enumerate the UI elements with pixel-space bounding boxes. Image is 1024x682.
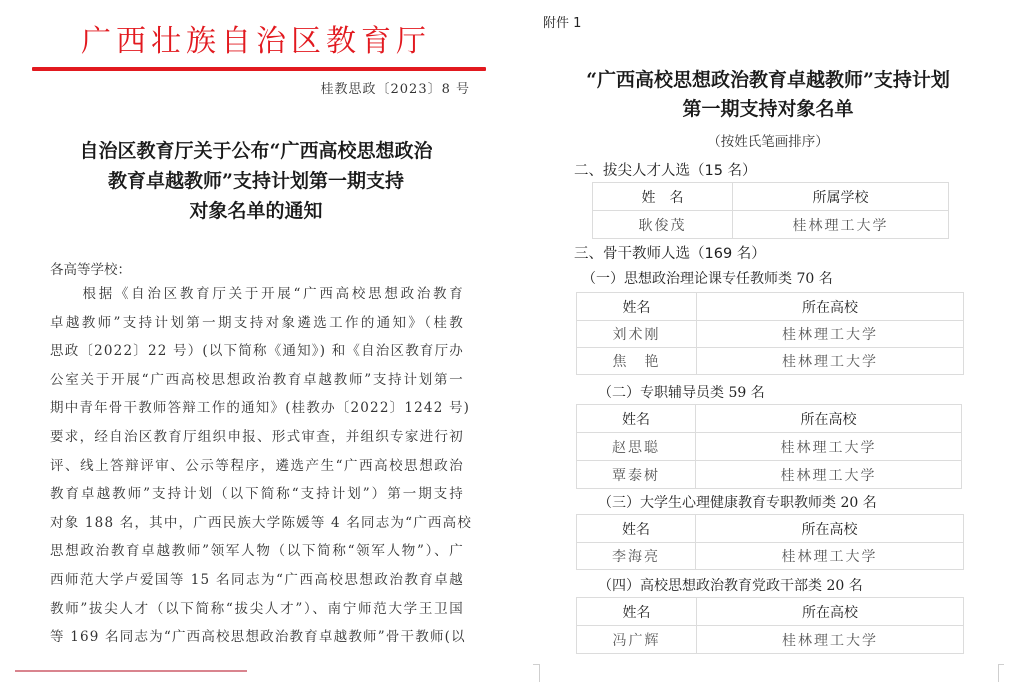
counselors-table: 姓名 所在高校 赵思聪 桂林理工大学 覃泰树 桂林理工大学 [576,404,962,489]
body-line: 对象 188 名，其中，广西民族大学陈媛等 4 名同志为“广西高校 [50,509,464,538]
notice-page: 广西壮族自治区教育厅 桂教思政〔2023〕8 号 自治区教育厅关于公布“广西高校… [0,0,512,682]
body-line: 思政〔2022〕22 号）(以下简称《通知》) 和《自治区教育厅办 [50,337,464,366]
column-header-name: 姓名 [577,405,696,433]
table-header-row: 姓名 所在高校 [577,598,964,626]
cell-name: 刘术刚 [577,321,697,348]
party-cadres-table: 姓名 所在高校 冯广辉 桂林理工大学 [576,597,964,654]
column-header-school: 所在高校 [697,598,964,626]
cell-school: 桂林理工大学 [697,348,964,375]
body-line: 根据《自治区教育厅关于开展“广西高校思想政治教育 [50,280,464,309]
body-line: 评、线上答辩评审、公示等程序，遴选产生“广西高校思想政治 [50,452,464,481]
table-row: 冯广辉 桂林理工大学 [577,626,964,654]
salutation: 各高等学校： [50,258,131,278]
notice-title-line: 自治区教育厅关于公布“广西高校思想政治 [0,136,512,166]
table-header-row: 姓 名 所属学校 [593,183,949,211]
annex-label: 附件 1 [543,12,581,31]
crop-mark [533,664,539,665]
mental-health-table: 姓名 所在高校 李海亮 桂林理工大学 [576,514,964,570]
table-header-row: 姓名 所在高校 [577,405,962,433]
subsection-heading-party-cadres: （四）高校思想政治教育党政干部类 20 名 [598,575,863,595]
body-line: 公室关于开展“广西高校思想政治教育卓越教师”支持计划第一 [50,366,464,395]
crop-mark [998,664,999,682]
cell-school: 桂林理工大学 [733,211,949,239]
table-row: 赵思聪 桂林理工大学 [577,433,962,461]
cell-school: 桂林理工大学 [696,433,962,461]
section-heading-top-talent: 二、拔尖人才人选（15 名） [574,159,757,180]
body-line: 要求，经自治区教育厅组织申报、形式审查，并组织专家进行初 [50,423,464,452]
cell-name: 耿俊茂 [593,211,733,239]
body-line: 西师范大学卢爱国等 15 名同志为“广西高校思想政治教育卓越 [50,566,464,595]
sort-order-note: （按姓氏笔画排序） [512,130,1024,150]
cell-name: 赵思聪 [577,433,696,461]
subsection-heading-counselors: （二）专职辅导员类 59 名 [598,382,765,402]
crop-mark [998,664,1004,665]
body-line: 教师”拔尖人才（以下简称“拔尖人才”）、南宁师范大学王卫国 [50,595,464,624]
column-header-name: 姓名 [577,598,697,626]
cell-name: 覃泰树 [577,461,696,489]
document-number: 桂教思政〔2023〕8 号 [321,78,471,97]
crop-mark [539,664,540,682]
list-title: “广西高校思想政治教育卓越教师”支持计划 第一期支持对象名单 [512,66,1024,124]
body-line: 教育卓越教师”支持计划（以下简称“支持计划”）第一期支持 [50,480,464,509]
letterhead-title: 广西壮族自治区教育厅 [0,24,512,60]
column-header-school: 所属学校 [733,183,949,211]
table-row: 覃泰树 桂林理工大学 [577,461,962,489]
cell-name: 李海亮 [577,543,696,570]
annex-page: 附件 1 “广西高校思想政治教育卓越教师”支持计划 第一期支持对象名单 （按姓氏… [512,0,1024,682]
notice-body: 根据《自治区教育厅关于开展“广西高校思想政治教育 卓越教师”支持计划第一期支持对… [50,280,464,652]
spacer [247,670,248,672]
table-row: 刘术刚 桂林理工大学 [577,321,964,348]
column-header-school: 所在高校 [697,293,964,321]
cell-name: 焦 艳 [577,348,697,375]
table-row: 耿俊茂 桂林理工大学 [593,211,949,239]
notice-title: 自治区教育厅关于公布“广西高校思想政治 教育卓越教师”支持计划第一期支持 对象名… [0,136,512,226]
subsection-heading-ideology-course: （一）思想政治理论课专任教师类 70 名 [582,268,833,288]
list-title-line: 第一期支持对象名单 [512,95,1024,124]
body-line: 卓越教师”支持计划第一期支持对象遴选工作的通知》（桂教 [50,309,464,338]
notice-title-line: 教育卓越教师”支持计划第一期支持 [0,166,512,196]
letterhead-red-rule [32,67,486,71]
body-line: 期中青年骨干教师答辩工作的通知》(桂教办〔2022〕1242 号) [50,394,464,423]
body-line: 思想政治教育卓越教师”领军人物（以下简称“领军人物”）、广 [50,537,464,566]
body-line: 等 169 名同志为“广西高校思想政治教育卓越教师”骨干教师(以 [50,623,464,652]
column-header-name: 姓名 [577,293,697,321]
column-header-name: 姓 名 [593,183,733,211]
list-title-line: “广西高校思想政治教育卓越教师”支持计划 [512,66,1024,95]
table-row: 李海亮 桂林理工大学 [577,543,964,570]
notice-title-line: 对象名单的通知 [0,196,512,226]
table-row: 焦 艳 桂林理工大学 [577,348,964,375]
subsection-heading-mental-health: （三）大学生心理健康教育专职教师类 20 名 [598,492,877,512]
column-header-school: 所在高校 [696,405,962,433]
column-header-school: 所在高校 [696,515,964,543]
cell-school: 桂林理工大学 [697,626,964,654]
cell-school: 桂林理工大学 [696,543,964,570]
cell-school: 桂林理工大学 [696,461,962,489]
section-heading-core-teachers: 三、骨干教师人选（169 名） [574,242,766,263]
page-bottom-rule [15,670,247,672]
top-talent-table: 姓 名 所属学校 耿俊茂 桂林理工大学 [592,182,949,239]
table-header-row: 姓名 所在高校 [577,515,964,543]
table-header-row: 姓名 所在高校 [577,293,964,321]
ideology-course-table: 姓名 所在高校 刘术刚 桂林理工大学 焦 艳 桂林理工大学 [576,292,964,375]
cell-name: 冯广辉 [577,626,697,654]
cell-school: 桂林理工大学 [697,321,964,348]
column-header-name: 姓名 [577,515,696,543]
